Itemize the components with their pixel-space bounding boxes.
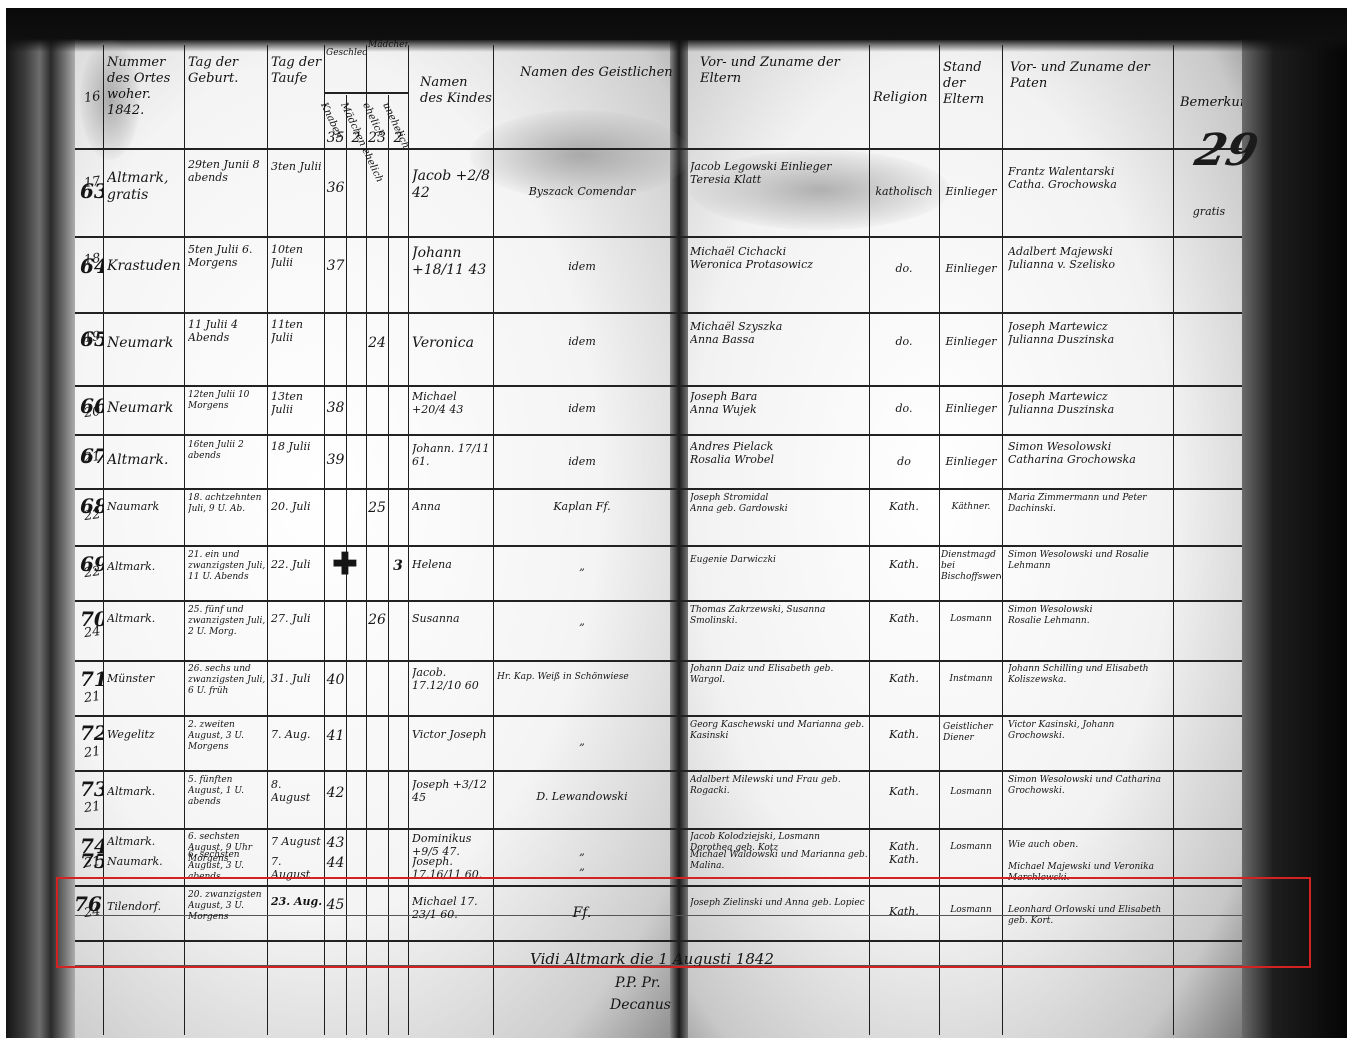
entry-baptism: 31. Juli xyxy=(271,672,323,685)
entry-child-name: Michael +20/4 43 xyxy=(412,390,492,432)
entry-godparents: Michael Majewski und Veronika Marchlewsk… xyxy=(1008,862,1172,896)
header-sex-group: Geschlecht xyxy=(326,48,366,88)
entry-baptism: 22. Juli xyxy=(271,558,323,571)
entry-religion: katholisch xyxy=(871,185,937,198)
entry-parents: Joseph Zielinski und Anna geb. Lopiec xyxy=(690,898,868,938)
entry-baptism: 10ten Julii xyxy=(271,243,323,309)
entry-boys: 45 xyxy=(325,897,346,914)
entry-godparents: Johann Schilling und Elisabeth Koliszews… xyxy=(1008,664,1172,714)
entry-child-name: Jacob. 17.12/10 60 xyxy=(412,666,492,712)
entry-child-name: Joseph +3/12 45 xyxy=(412,778,492,824)
entry-birth: 25. fünf und zwanzigsten Juli, 2 U. Morg… xyxy=(188,605,266,658)
book-gutter xyxy=(670,40,688,1038)
margin-number: 16 xyxy=(83,89,101,106)
entry-clergy: idem xyxy=(497,402,667,415)
entry-baptism: 7. Aug. xyxy=(271,728,323,741)
entry-clergy: Byszack Comendar xyxy=(497,185,667,198)
header-religion: Religion xyxy=(873,90,937,130)
header-godparents: Vor- und Zuname der Paten xyxy=(1010,60,1170,140)
rule-h xyxy=(75,434,1242,436)
entry-godparents: Adalbert Majewski Julianna v. Szelisko xyxy=(1008,245,1172,309)
entry-status: Einlieger xyxy=(941,335,1001,348)
entry-girls: 24 xyxy=(366,335,388,352)
signature-line-2: Decanus xyxy=(610,997,671,1013)
header-child-name: Namen des Kindes xyxy=(420,75,492,145)
entry-number: 63 xyxy=(80,180,104,202)
entry-birth: 29ten Junii 8 abends xyxy=(188,158,266,234)
entry-status: Geistlicher Diener xyxy=(943,722,1001,768)
entry-birth: 20. zwanzigsten August, 3 U. Morgens xyxy=(188,890,266,938)
entry-baptism: 11ten Julii xyxy=(271,318,323,382)
rule-h xyxy=(75,312,1242,314)
entry-boys: 38 xyxy=(325,400,346,417)
entry-parents: Jacob Legowski Einlieger Teresia Klatt xyxy=(690,160,868,234)
entry-status: Einlieger xyxy=(941,262,1001,275)
signature-line-1: P.P. Pr. xyxy=(615,975,661,991)
entry-child-name: Johann +18/11 43 xyxy=(412,245,492,309)
entry-clergy: Kaplan Ff. xyxy=(497,500,667,513)
entry-religion: Kath. xyxy=(871,785,937,798)
entry-number: 69 xyxy=(80,553,104,575)
entry-girls: 25 xyxy=(366,500,388,517)
entry-religion: do. xyxy=(871,262,937,275)
entry-child-name: Veronica xyxy=(412,335,492,352)
entry-clergy: idem xyxy=(497,455,667,468)
entry-child-name: Joseph. 17.16/11 60. xyxy=(412,855,492,881)
entry-baptism: 27. Juli xyxy=(271,612,323,625)
entry-parents: Georg Kaschewski und Marianna geb. Kasin… xyxy=(690,720,868,768)
entry-clergy: „ xyxy=(497,560,667,573)
entry-birth: 21. ein und zwanzigsten Juli, 11 U. Aben… xyxy=(188,550,266,598)
entry-parents: Johann Daiz und Elisabeth geb. Wargol. xyxy=(690,664,868,714)
entry-number: 65 xyxy=(80,328,104,350)
entry-number: 64 xyxy=(80,255,104,277)
top-shadow xyxy=(6,8,1347,52)
entry-place: Altmark. xyxy=(107,835,183,848)
entry-religion: Kath. xyxy=(871,840,937,853)
rule-h xyxy=(75,385,1242,387)
entry-child-name: Helena xyxy=(412,558,492,571)
entry-number: 70 xyxy=(80,608,104,630)
entry-godparents: Wie auch oben. xyxy=(1008,840,1172,851)
entry-clergy: Hr. Kap. Weiß in Schönwiese xyxy=(497,672,667,683)
entry-godparents: Leonhard Orlowski und Elisabeth geb. Kor… xyxy=(1008,905,1172,941)
entry-religion: Kath. xyxy=(871,672,937,685)
entry-child-name: Anna xyxy=(412,500,492,513)
entry-status: Losmann xyxy=(941,905,1001,916)
entry-religion: Kath. xyxy=(871,612,937,625)
header-parents: Vor- und Zuname der Eltern xyxy=(700,55,865,145)
entry-parents: Michael Waldowski und Marianna geb. Mali… xyxy=(690,850,868,882)
entry-status: Einlieger xyxy=(941,402,1001,415)
entry-godparents: Simon Wesolowski und Rosalie Lehmann xyxy=(1008,550,1172,598)
rule-header-bottom xyxy=(75,148,1242,150)
entry-child-name: Jacob +2/8 42 xyxy=(412,168,492,234)
entry-clergy: Ff. xyxy=(497,905,667,922)
entry-birth: 18. achtzehnten Juli, 9 U. Ab. xyxy=(188,493,266,543)
entry-child-name: Susanna xyxy=(412,612,492,625)
entry-parents: Andres Pielack Rosalia Wrobel xyxy=(690,440,868,486)
entry-religion: Kath. xyxy=(871,500,937,513)
rule-h-subheader xyxy=(324,92,408,94)
margin-number: 21 xyxy=(83,799,101,816)
carryover-boys: 35 xyxy=(325,130,346,147)
entry-godparents: Victor Kasinski, Johann Grochowski. xyxy=(1008,720,1172,768)
entry-boys: 39 xyxy=(325,452,346,469)
entry-place: Altmark, gratis xyxy=(107,170,183,234)
carryover-c: 2 xyxy=(388,130,408,147)
entry-parents: Eugenie Darwiczki xyxy=(690,555,868,566)
entry-number: 71 xyxy=(80,668,104,690)
entry-clergy: idem xyxy=(497,335,667,348)
entry-baptism: 8. August xyxy=(271,778,323,824)
entry-clergy: „ xyxy=(497,860,667,873)
entry-boys: 37 xyxy=(325,258,346,275)
header-birth-date: Tag der Geburt. xyxy=(188,55,266,145)
entry-place: Altmark. xyxy=(107,452,183,469)
entry-religion: do xyxy=(871,455,937,468)
rule-h xyxy=(75,488,1242,490)
entry-parents: Joseph Bara Anna Wujek xyxy=(690,390,868,432)
entry-birth: 2. zweiten August, 3 U. Morgens xyxy=(188,720,266,768)
book-edge-right xyxy=(1242,8,1347,1038)
entry-baptism: 3ten Julii xyxy=(271,160,323,234)
entry-number: 73 xyxy=(80,778,104,800)
entry-godparents: Simon Wesolowski Rosalie Lehmann. xyxy=(1008,605,1172,658)
entry-status: Einlieger xyxy=(941,185,1001,198)
header-place: Nummer des Ortes woher. 1842. xyxy=(107,55,183,145)
entry-boys: 41 xyxy=(325,728,346,745)
entry-number: 76 xyxy=(74,893,104,915)
entry-baptism: 7. August xyxy=(271,855,323,881)
header-status: Stand der Eltern xyxy=(943,60,1001,140)
entry-place: Altmark. xyxy=(107,560,183,573)
entry-baptism: 18 Julii xyxy=(271,440,323,486)
entry-parents: Joseph Stromidal Anna geb. Gardowski xyxy=(690,493,868,543)
entry-number: 75 xyxy=(80,850,104,872)
large-cross-mark: ✚ xyxy=(325,548,365,582)
margin-number: 21 xyxy=(83,689,101,706)
entry-clergy: idem xyxy=(497,260,667,273)
inspection-note: Vidi Altmark die 1 Augusti 1842 xyxy=(530,950,774,968)
rule-h xyxy=(75,600,1242,602)
entry-birth: 5. fünften August, 1 U. abends xyxy=(188,775,266,825)
entry-place: Naumark xyxy=(107,500,183,513)
entry-birth: 16ten Julii 2 abends xyxy=(188,440,266,486)
entry-religion: do. xyxy=(871,335,937,348)
entry-place: Tilendorf. xyxy=(107,900,183,913)
page-number: 29 xyxy=(1191,125,1263,176)
entry-clergy: „ xyxy=(497,845,667,858)
rule-h xyxy=(75,545,1242,547)
entry-godparents: Joseph Martewicz Julianna Duszinska xyxy=(1008,320,1172,382)
entry-boys: 36 xyxy=(325,180,346,197)
entry-girls: 3 xyxy=(388,558,408,575)
entry-godparents: Simon Wesolowski Catharina Grochowska xyxy=(1008,440,1172,486)
entry-baptism: 7 August xyxy=(271,835,323,848)
entry-boys: 42 xyxy=(325,785,346,802)
entry-place: Neumark xyxy=(107,400,183,417)
entry-status: Losmann xyxy=(941,614,1001,625)
carryover-b: 23 xyxy=(366,130,388,147)
entry-boys: 40 xyxy=(325,672,346,689)
entry-place: Naumark. xyxy=(107,855,183,868)
entry-status: Losmann xyxy=(941,787,1001,798)
entry-number: 68 xyxy=(80,495,104,517)
entry-boys: 44 xyxy=(325,855,346,872)
entry-godparents: Joseph Martewicz Julianna Duszinska xyxy=(1008,390,1172,432)
book-edge-left xyxy=(6,8,81,1038)
margin-number: 21 xyxy=(83,744,101,761)
rule-h xyxy=(75,828,1242,830)
entry-religion: Kath. xyxy=(871,728,937,741)
entry-parents: Michaël Cichacki Weronica Protasowicz xyxy=(690,245,868,309)
entry-place: Krastuden xyxy=(107,258,183,275)
entry-clergy: „ xyxy=(497,615,667,628)
entry-status: Einlieger xyxy=(941,455,1001,468)
entry-religion: Kath. xyxy=(871,853,937,866)
entry-birth: 5ten Julii 6. Morgens xyxy=(188,243,266,309)
header-clergy: Namen des Geistlichen xyxy=(520,65,680,105)
entry-parents: Adalbert Milewski und Frau geb. Rogacki. xyxy=(690,775,868,825)
entry-child-name: Johann. 17/11 61. xyxy=(412,442,492,486)
entry-clergy: D. Lewandowski xyxy=(497,790,667,803)
entry-parents: Thomas Zakrzewski, Susanna Smolinski. xyxy=(690,605,868,658)
entry-birth: 6. sechsten August, 3 U. abends xyxy=(188,850,266,882)
entry-religion: Kath. xyxy=(871,558,937,571)
entry-birth: 26. sechs und zwanzigsten Juli, 6 U. frü… xyxy=(188,664,266,714)
entry-number: 67 xyxy=(80,445,104,467)
entry-child-name: Victor Joseph xyxy=(412,728,492,741)
entry-godparents: Simon Wesolowski und Catharina Grochowsk… xyxy=(1008,775,1172,825)
entry-place: Altmark. xyxy=(107,612,183,625)
entry-birth: 12ten Julii 10 Morgens xyxy=(188,390,266,432)
header-baptism-date: Tag der Taufe xyxy=(271,55,323,145)
entry-religion: Kath. xyxy=(871,905,937,918)
rule-h xyxy=(75,236,1242,238)
entry-place: Münster xyxy=(107,672,183,685)
entry-baptism: 23. Aug. xyxy=(271,895,323,939)
rule-h xyxy=(75,715,1242,717)
entry-birth: 11 Julii 4 Abends xyxy=(188,318,266,382)
entry-girls: 26 xyxy=(366,612,388,629)
entry-status: Losmann xyxy=(941,842,1001,853)
entry-child-name: Michael 17. 23/1 60. xyxy=(412,895,492,939)
header-legitimacy-group: Mädchen xyxy=(368,40,408,80)
rule-h xyxy=(75,770,1242,772)
entry-baptism: 13ten Julii xyxy=(271,390,323,432)
entry-status: Dienstmagd bei Bischoffswerder xyxy=(941,550,1001,598)
entry-boys: 43 xyxy=(325,835,346,852)
entry-place: Neumark xyxy=(107,335,183,352)
entry-status: Käthner. xyxy=(941,502,1001,513)
entry-remarks: gratis xyxy=(1178,205,1240,218)
carryover-a: 2 xyxy=(346,130,366,147)
entry-baptism: 20. Juli xyxy=(271,500,323,513)
entry-religion: do. xyxy=(871,402,937,415)
entry-number: 72 xyxy=(80,722,104,744)
entry-number: 66 xyxy=(80,395,104,417)
entry-clergy: „ xyxy=(497,735,667,748)
header-remarks: Bemerkung xyxy=(1180,95,1242,115)
entry-status: Instmann xyxy=(941,674,1001,685)
entry-place: Altmark. xyxy=(107,785,183,798)
rule-h xyxy=(75,660,1242,662)
entry-parents: Michaël Szyszka Anna Bassa xyxy=(690,320,868,382)
entry-godparents: Frantz Walentarski Catha. Grochowska xyxy=(1008,165,1172,235)
entry-place: Wegelitz xyxy=(107,728,183,741)
entry-godparents: Maria Zimmermann und Peter Dachinski. xyxy=(1008,493,1172,543)
